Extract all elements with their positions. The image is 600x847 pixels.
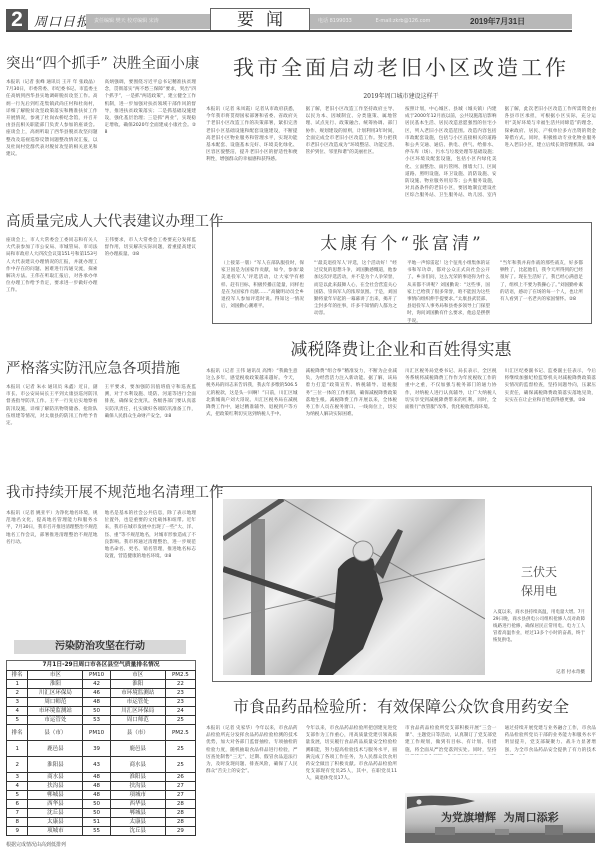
table-header-cell: PM10 (83, 671, 111, 680)
table-cell: 23 (165, 689, 195, 698)
table-cell: 郸城县 (28, 791, 83, 800)
photo-feature-box: 三伏天 保用电 入夏以来，商水县持续高温，用电量大增。7月29日晚，商水县供电公… (212, 486, 592, 682)
table-cell: 项城市 (28, 827, 83, 836)
article-headline: 突出“四个抓手” 决胜全面小康 (6, 52, 196, 73)
article-body-col: （上接第一版）“军人在部队服役时，保家卫国是为国家作贡献，如今，参加‘最美退役军… (221, 260, 304, 324)
table-cell: 43 (83, 757, 111, 773)
lead-subtitle: 2019年周口城市建设这样干 (206, 91, 596, 100)
table-cell: 4 (7, 782, 28, 791)
table-header-cell: PM2.5 (165, 671, 195, 680)
article-body-col: 座谈会上，市人大常委会工委同志和有关人大代表参加了市公安局、市城管局、市司法局和… (6, 237, 98, 347)
article-body-col: 本报讯（记者 朱永 通讯员 朱鑫）近日，副市长、市公安局局长王平到太康县巡河防汛… (6, 384, 98, 494)
table-cell: 9 (7, 827, 28, 836)
article-headline: 太康有个“张富清” (221, 229, 583, 254)
table-header-cell: 排名 (7, 671, 28, 680)
article-body-col: “当年和我并肩作战的那些战友，好多都牺牲了，比起他们，我今天所得到的已经很好了。… (500, 260, 583, 324)
table-header-cell: 排名 (7, 725, 28, 741)
table-row: 3周口师范48市运管处23 (7, 698, 196, 707)
table-cell: 市环境监测站 (110, 689, 165, 698)
article-body-col: 王平要求，要加强防汛值班值守和巡查监测，对于水利设施、堤防、河道等进行全面排查，… (105, 384, 197, 494)
lineman-photo (223, 499, 485, 675)
table-cell: 48 (83, 698, 111, 707)
utility-pole-illustration (223, 499, 485, 675)
air-quality-table: 7月1日-29日周口市各区县空气质量排名情况 排名 市区 PM10 市区 PM2… (6, 660, 196, 847)
article-body-col: 川汇区纪委副书记、监委副主任表示，今后将继续加强纪检监察机关对减税降费政策落实情… (505, 368, 597, 456)
air-table: 排名 市区 PM10 市区 PM2.5 1淮阳42淮阳22 2川汇区环保局46市… (6, 670, 196, 836)
table-header-cell: 市区 (110, 671, 165, 680)
table-cell: 51 (83, 818, 111, 827)
table-row: 3商水县48淮阳县26 (7, 773, 196, 782)
article-npc-proposals: 高质量完成人大代表建议办理工作 座谈会上，市人大常委会工委同志和有关人大代表参加… (6, 210, 196, 347)
table-row: 2淮阳县43商水县25 (7, 757, 196, 773)
table-cell: 6 (7, 800, 28, 809)
table-title: 7月1日-29日周口市各区县空气质量排名情况 (6, 660, 196, 670)
article-body-col: 据了解，此次老旧小区改造工作所需资金由各县市区承担，可根据小区实际，充分运用“美… (505, 106, 597, 198)
table-cell: 市环境监测站 (28, 707, 83, 716)
table-row: 2川汇区环保局46市环境监测站23 (7, 689, 196, 698)
photo-title-line1: 三伏天 (493, 563, 585, 580)
table-cell: 48 (83, 782, 111, 791)
table-cell: 扶沟县 (110, 782, 165, 791)
photo-credit: 记者 付永奇摄 (493, 669, 585, 675)
table-cell: 4 (7, 707, 28, 716)
table-cell: 沈丘县 (28, 809, 83, 818)
table-cell: 5 (7, 791, 28, 800)
table-cell: 7 (7, 809, 28, 818)
table-cell: 48 (83, 791, 111, 800)
article-body-col: 川汇区税务局党委书记、局长表示，全区税务系统将减税降费工作作为年度税收工作的重中… (405, 368, 497, 456)
article-body-col: 减税降费“组合拳”精准发力，不断为企业减负，为经营活力注入新动能。据了解，该局着… (306, 368, 398, 456)
table-cell: 50 (83, 800, 111, 809)
article-body-col: 市食品药品检验所党支部积极开展“三会一课”、主题党日等活动，认真制订了党支部党建… (405, 725, 497, 755)
article-place-names: 我市持续开展不规范地名清理工作 本报讯（记者 姚亚平）为净化地名环境，规范地名文… (6, 481, 196, 635)
article-body-col: 平地一声惊雷起！这个征兆小组集体的证书和军功章，都对公众正式向社会公开了。乡亲们… (407, 260, 490, 324)
email-text: E-mail:zkrb@126.com (375, 18, 430, 24)
article-body-col: 本报讯（记者 朱凤霞）记者从市政府获悉，今年我市将贯彻国家部署和省委、省政府关于… (206, 106, 298, 198)
table-cell: 郸城县 (110, 809, 165, 818)
table-cell: 5 (7, 716, 28, 725)
table-row: 1鹿邑县39鹿邑县25 (7, 741, 196, 757)
article-headline: 减税降费让企业和百姓得实惠 (206, 335, 596, 360)
table-cell: 25 (165, 757, 195, 773)
article-body-col: 本报讯（记者 史家华）今年以来，市食品药品检验所充分发挥食品药品检验检测的技术优… (206, 725, 298, 845)
table-cell: 27 (165, 782, 195, 791)
article-headline: 高质量完成人大代表建议办理工作 (6, 210, 196, 231)
party-banner-ad: 为党旗增辉 为周口添彩 (405, 793, 595, 843)
article-body-col: “‘最美退役军人’评选，这个活动好！”经过反复的思想斗争，刘国勤感慨道，他参加这… (314, 260, 397, 324)
photo-caption-panel: 三伏天 保用电 入夏以来，商水县持续高温，用电量大增。7月29日晚，商水县供电公… (493, 487, 585, 683)
table-row: 5市运管处53周口师范25 (7, 716, 196, 725)
photo-caption: 入夏以来，商水县持续高温，用电量大增。7月29日晚，商水县供电公司组织抢修人员对… (493, 609, 585, 669)
table-row: 6西华县50西华县28 (7, 800, 196, 809)
table-cell: 50 (83, 707, 111, 716)
table-cell: 26 (165, 773, 195, 782)
article-body-col: 本报讯（记者 姚亚平）为净化地名环境，规范地名文化，提高地名管理能力和服务水平，… (6, 510, 98, 635)
article-headline: 严格落实防汛应急各项措施 (6, 357, 196, 378)
table-cell: 项城市 (110, 791, 165, 800)
table-row: 4市环境监测站50川汇区环保局24 (7, 707, 196, 716)
table-cell: 28 (165, 800, 195, 809)
table-cell: 39 (83, 741, 111, 757)
table-cell: 川汇区环保局 (28, 689, 83, 698)
table-cell: 29 (165, 827, 195, 836)
table-cell: 25 (165, 716, 195, 725)
section-title: 要闻 (210, 8, 310, 31)
table-header-cell: 县（市） (110, 725, 165, 741)
article-body-col: 据了解，老旧小区改造工作坚持政府主导、以民为本、因城制宜、分类施策、属地管理、试… (306, 106, 398, 198)
table-row: 1淮阳42淮阳22 (7, 680, 196, 689)
table-cell: 西华县 (28, 800, 83, 809)
table-cell: 23 (165, 698, 195, 707)
article-headline: 我市持续开展不规范地名清理工作 (6, 481, 196, 502)
table-cell: 48 (83, 773, 111, 782)
article-body-col: 高炳强调，要围绕习近平总书记精准扶贫理念，贯彻落实“两不愁三保障”要求，突出“四… (105, 79, 197, 229)
photo-title-line2: 保用电 (493, 582, 585, 599)
issue-date: 2019年7月31日 (470, 14, 525, 29)
article-tax-cut: 减税降费让企业和百姓得实惠 本报讯（记者 王伟 通讯员 高博）“我做生意这么多年… (206, 335, 596, 456)
table-cell: 24 (165, 707, 195, 716)
table-cell: 42 (83, 680, 111, 689)
page-header: 2 周口日报 责任编辑 樊天 校对编辑 宋涛 电话 8199033 E-mail… (0, 0, 600, 32)
article-body-col: 本报讯（记者 张峰 通讯员 王开 年 张政晶）7月30日，市委常委、市纪委书记、… (6, 79, 98, 229)
article-body-col: 地名是基本的社会公共信息，除了表示地理位置外，也是重要的文化载体和纽带。近年来，… (105, 510, 197, 635)
table-cell: 周口师范 (28, 698, 83, 707)
table-row: 8太康县51太康县28 (7, 818, 196, 827)
table-cell: 27 (165, 791, 195, 800)
table-row: 5郸城县48项城市27 (7, 791, 196, 800)
table-cell: 淮阳 (110, 680, 165, 689)
table-header-cell: 市区 (28, 671, 83, 680)
table-header-cell: PM10 (83, 725, 111, 741)
article-headline: 市食品药品检验所：有效保障公众饮食用药安全 (206, 694, 596, 717)
table-header-row: 排名 县（市） PM10 县（市） PM2.5 (7, 725, 196, 741)
page-number: 2 (6, 9, 28, 31)
table-cell: 55 (83, 827, 111, 836)
table-cell: 3 (7, 773, 28, 782)
table-cell: 淮阳县 (28, 757, 83, 773)
banner-slogan: 为党旗增辉 为周口添彩 (441, 809, 559, 825)
table-cell: 扶沟县 (28, 782, 83, 791)
paper-logo: 周口日报 (34, 11, 90, 30)
table-header-row: 排名 市区 PM10 市区 PM2.5 (7, 671, 196, 680)
article-body-col: 按照计划，中心城区、县城（城关镇）内建成于2000年12月底以前，公共设施落后影… (405, 106, 497, 198)
header-rule (6, 30, 572, 32)
table-cell: 周口师范 (110, 716, 165, 725)
article-body-col: 王伟要求，市人大常委会工委要充分发挥监督作用，切实解决实际问题，着重提高建议的办… (105, 237, 197, 347)
article-zhang-fuqing: 太康有个“张富清” （上接第一版）“军人在部队服役时，保家卫国是为国家作贡献，如… (212, 222, 592, 324)
table-cell: 3 (7, 698, 28, 707)
table-cell: 太康县 (110, 818, 165, 827)
pollution-banner: 污染防治攻坚在行动 (14, 640, 186, 654)
article-old-community: 我市全面启动老旧小区改造工作 2019年周口城市建设这样干 本报讯（记者 朱凤霞… (206, 52, 596, 198)
article-body-col: 今年以来，市食品药品检验所把创建先进党支部作为工作重心，用高质量党建引领高质量发… (306, 725, 398, 845)
table-cell: 川汇区环保局 (110, 707, 165, 716)
table-cell: 2 (7, 689, 28, 698)
contact-bar: 电话 8199033 E-mail:zkrb@126.com (310, 14, 572, 29)
table-header-cell: 县（市） (28, 725, 83, 741)
article-body-col: 本报讯（记者 王伟 通讯员 高博）“我做生意这么多年，感觉税收政策越来越好。今天… (206, 368, 298, 456)
lead-headline: 我市全面启动老旧小区改造工作 (206, 52, 596, 82)
table-cell: 商水县 (28, 773, 83, 782)
article-flood-control: 严格落实防汛应急各项措施 本报讯（记者 朱永 通讯员 朱鑫）近日，副市长、市公安… (6, 357, 196, 494)
table-cell: 53 (83, 716, 111, 725)
table-cell: 25 (165, 741, 195, 757)
table-row: 7沈丘县50郸城县28 (7, 809, 196, 818)
table-cell: 鹿邑县 (110, 741, 165, 757)
table-cell: 28 (165, 818, 195, 827)
table-row: 4扶沟县48扶沟县27 (7, 782, 196, 791)
table-cell: 西华县 (110, 800, 165, 809)
table-cell: 沈丘县 (110, 827, 165, 836)
table-footnote: 根据完成情况由高到低排列 (6, 841, 196, 847)
table-header-cell: PM2.5 (165, 725, 195, 741)
table-cell: 鹿邑县 (28, 741, 83, 757)
table-cell: 8 (7, 818, 28, 827)
table-cell: 商水县 (110, 757, 165, 773)
table-cell: 46 (83, 689, 111, 698)
table-cell: 22 (165, 680, 195, 689)
table-row: 9项城市55沈丘县29 (7, 827, 196, 836)
table-cell: 28 (165, 809, 195, 818)
table-cell: 太康县 (28, 818, 83, 827)
article-four-grips: 突出“四个抓手” 决胜全面小康 本报讯（记者 张峰 通讯员 王开 年 张政晶）7… (6, 52, 196, 229)
editors-text: 责任编辑 樊天 校对编辑 宋涛 (94, 18, 159, 24)
table-cell: 市运管处 (28, 716, 83, 725)
table-cell: 淮阳 (28, 680, 83, 689)
table-cell: 50 (83, 809, 111, 818)
table-cell: 淮阳县 (110, 773, 165, 782)
table-cell: 1 (7, 680, 28, 689)
phone-text: 电话 8199033 (318, 18, 352, 24)
editors-bar: 责任编辑 樊天 校对编辑 宋涛 (86, 14, 210, 29)
table-cell: 市运管处 (110, 698, 165, 707)
article-body-col: 通过持续开展党建与业务融合工作，市食品药品检验所党员干部的业务能力和服务水平明显… (505, 725, 597, 755)
table-cell: 1 (7, 741, 28, 757)
table-cell: 2 (7, 757, 28, 773)
